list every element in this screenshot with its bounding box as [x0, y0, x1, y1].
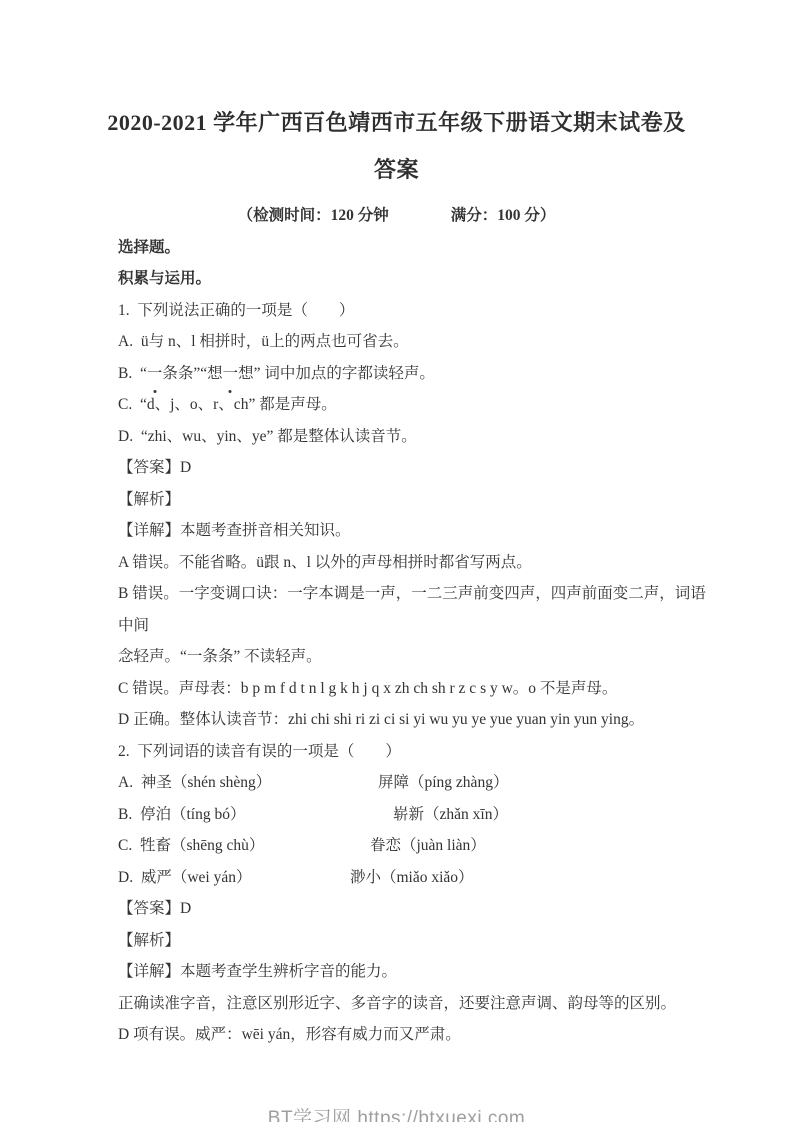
- page-title-line2: 答案: [0, 146, 793, 193]
- q2-option-d: D. 威严（wei yán）渺小（miǎo xiǎo）: [118, 862, 715, 894]
- q1-option-c: C. “d、j、o、r、ch” 都是声母。: [118, 389, 715, 421]
- q1-option-b-part2: 条条”“想: [162, 365, 222, 382]
- q2-option-a-left: A. 神圣（shén shèng）: [118, 767, 378, 799]
- q2-option-b-left: B. 停泊（tíng bó）: [118, 799, 393, 831]
- exam-body: 选择题。 积累与运用。 1. 下列说法正确的一项是（ ） A. ü与 n、l 相…: [0, 232, 793, 1051]
- q2-option-b-right: 崭新（zhǎn xīn）: [393, 806, 508, 823]
- q1-option-b: B. “一条条”“想一想” 词中加点的字都读轻声。: [118, 358, 715, 390]
- q2-answer: 【答案】D: [118, 893, 715, 925]
- q2-option-b: B. 停泊（tíng bó）崭新（zhǎn xīn）: [118, 799, 715, 831]
- q2-option-a-right: 屏障（píng zhàng）: [378, 774, 508, 791]
- q1-explanation-c: C 错误。声母表：b p m f d t n l g k h j q x zh …: [118, 673, 715, 705]
- q1-option-b-emphasis2: 一: [223, 358, 239, 390]
- footer-watermark: BT学习网 https://btxuexi.com: [0, 1103, 793, 1122]
- exam-meta: （检测时间：120 分钟 满分：100 分）: [0, 200, 793, 232]
- q1-answer: 【答案】D: [118, 452, 715, 484]
- exam-document-page: 2020-2021 学年广西百色靖西市五年级下册语文期末试卷及 答案 （检测时间…: [0, 0, 793, 1122]
- q1-explanation-b-line2: 念轻声。“一条条” 不读轻声。: [118, 641, 715, 673]
- q2-option-c-left: C. 牲畜（shēng chù）: [118, 830, 370, 862]
- q2-explanation-2: D 项有误。威严：wēi yán，形容有威力而又严肃。: [118, 1019, 715, 1051]
- section-heading-choice: 选择题。: [118, 232, 715, 264]
- q1-option-a: A. ü与 n、l 相拼时，ü上的两点也可省去。: [118, 326, 715, 358]
- q2-detail: 【详解】本题考查学生辨析字音的能力。: [118, 956, 715, 988]
- q1-explanation-b-line1: B 错误。一字变调口诀：一字本调是一声，一二三声前变四声，四声前面变二声，词语中…: [118, 578, 715, 641]
- q1-option-b-part1: B. “: [118, 365, 147, 382]
- q2-option-c-right: 眷恋（juàn liàn）: [370, 837, 486, 854]
- q2-stem: 2. 下列词语的读音有误的一项是（ ）: [118, 736, 715, 768]
- q2-explanation-1: 正确读准字音，注意区别形近字、多音字的读音，还要注意声调、韵母等的区别。: [118, 988, 715, 1020]
- q1-stem: 1. 下列说法正确的一项是（ ）: [118, 295, 715, 327]
- q1-analysis-label: 【解析】: [118, 484, 715, 516]
- q1-explanation-d: D 正确。整体认读音节：zhi chi shi ri zi ci si yi w…: [118, 704, 715, 736]
- page-title: 2020-2021 学年广西百色靖西市五年级下册语文期末试卷及 答案: [0, 0, 793, 193]
- q2-option-d-right: 渺小（miǎo xiǎo）: [350, 869, 474, 886]
- q2-analysis-label: 【解析】: [118, 925, 715, 957]
- q1-detail: 【详解】本题考查拼音相关知识。: [118, 515, 715, 547]
- page-title-line1: 2020-2021 学年广西百色靖西市五年级下册语文期末试卷及: [0, 99, 793, 146]
- q2-option-c: C. 牲畜（shēng chù）眷恋（juàn liàn）: [118, 830, 715, 862]
- q1-option-b-emphasis1: 一: [147, 358, 163, 390]
- q2-option-a: A. 神圣（shén shèng）屏障（píng zhàng）: [118, 767, 715, 799]
- q1-option-b-part3: 想” 词中加点的字都读轻声。: [238, 365, 435, 382]
- q1-explanation-a: A 错误。不能省略。ü跟 n、l 以外的声母相拼时都省写两点。: [118, 547, 715, 579]
- section-heading-accumulation: 积累与运用。: [118, 263, 715, 295]
- q2-option-d-left: D. 威严（wei yán）: [118, 862, 350, 894]
- q1-option-d: D. “zhi、wu、yin、ye” 都是整体认读音节。: [118, 421, 715, 453]
